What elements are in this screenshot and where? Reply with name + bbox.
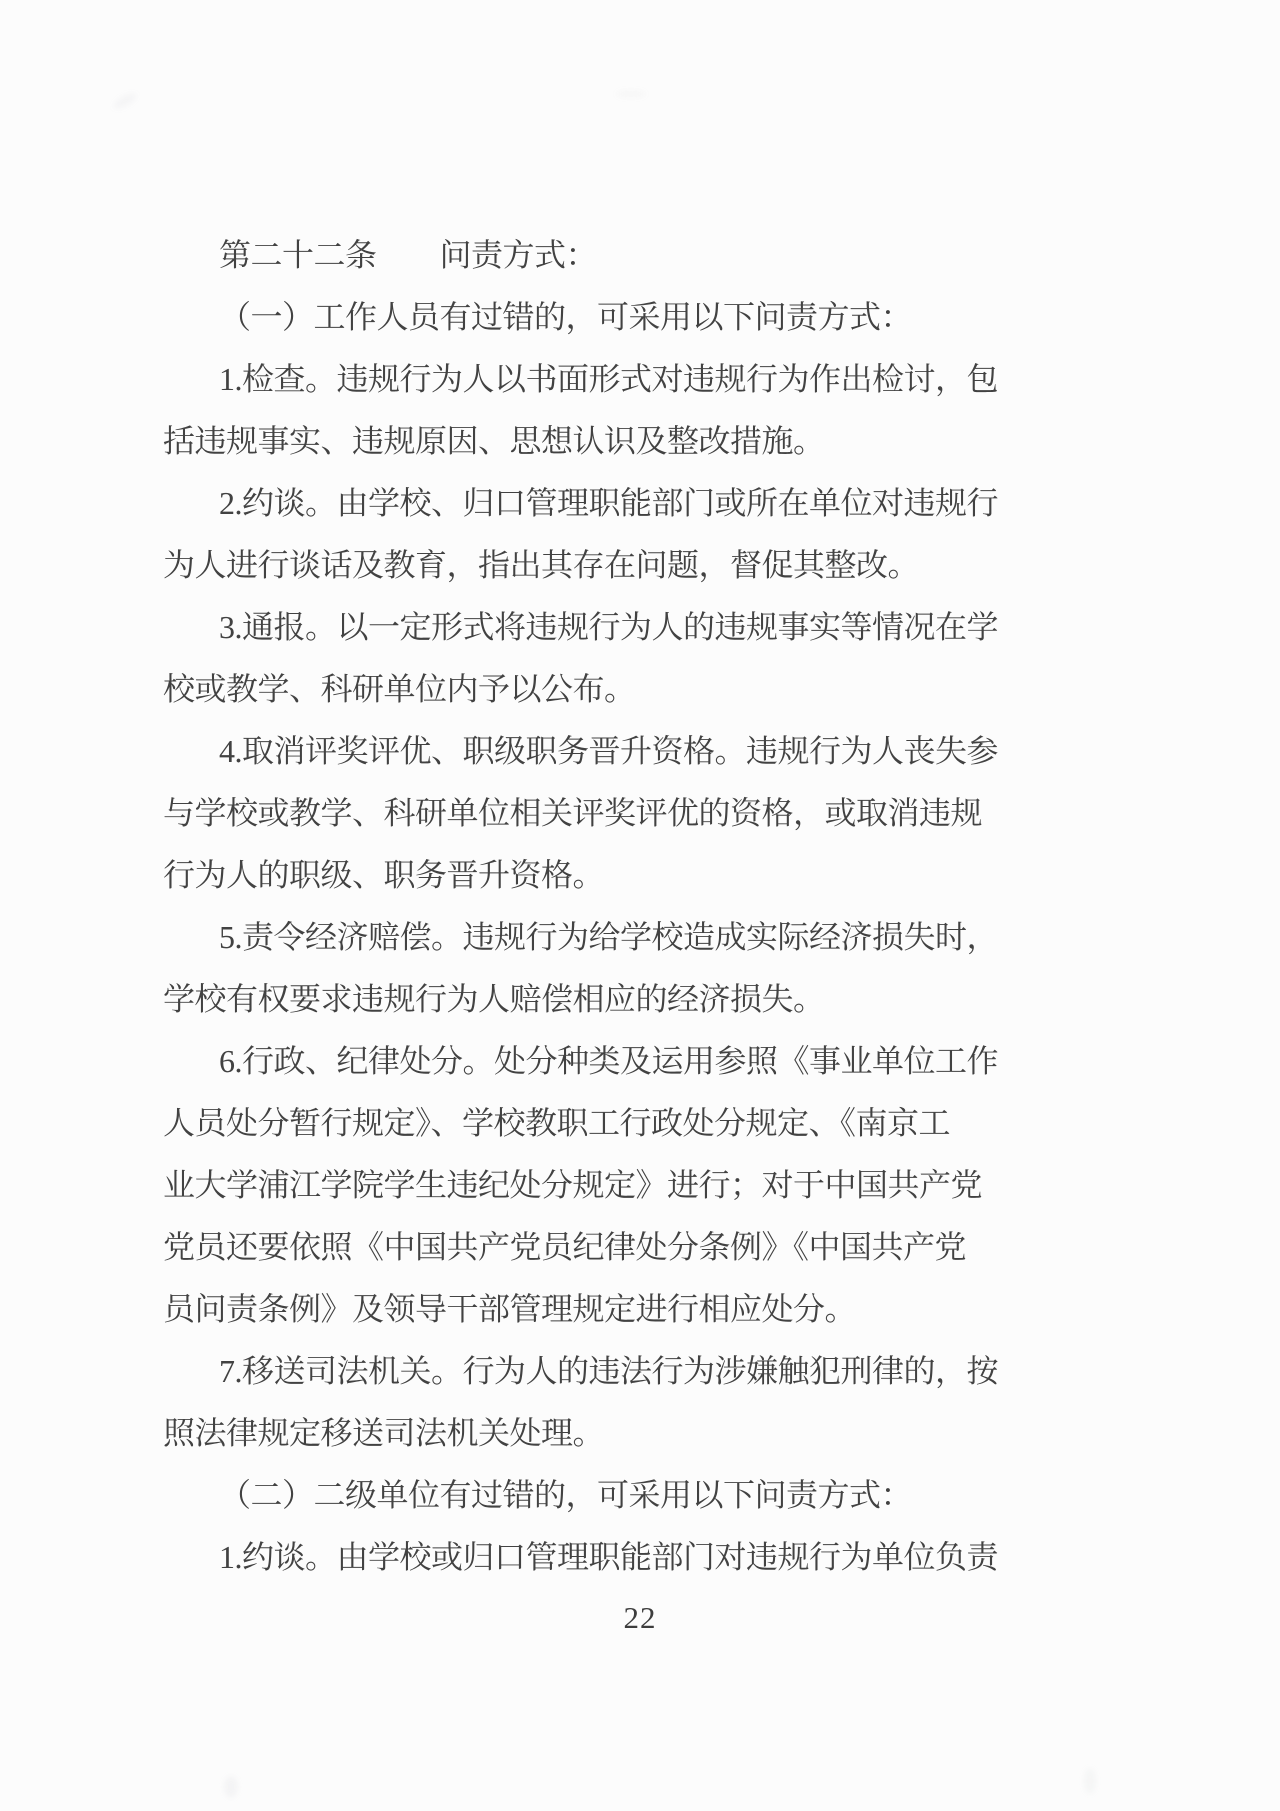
scan-smudge (616, 90, 646, 98)
text-line: 学校有权要求违规行为人赔偿相应的经济损失。 (163, 968, 987, 1030)
text-line: 2.约谈。由学校、归口管理职能部门或所在单位对违规行 (163, 472, 987, 534)
document-body: 第二十二条 问责方式：（一）工作人员有过错的，可采用以下问责方式：1.检查。违规… (163, 224, 987, 1588)
text-line: 括违规事实、违规原因、思想认识及整改措施。 (163, 410, 987, 472)
text-line: 照法律规定移送司法机关处理。 (163, 1402, 987, 1464)
document-page: 第二十二条 问责方式：（一）工作人员有过错的，可采用以下问责方式：1.检查。违规… (0, 0, 1280, 1811)
scan-smudge (224, 1776, 238, 1798)
scan-smudge (1084, 1768, 1096, 1794)
text-line: 为人进行谈话及教育，指出其存在问题，督促其整改。 (163, 534, 987, 596)
text-line: 校或教学、科研单位内予以公布。 (163, 658, 987, 720)
text-line: 行为人的职级、职务晋升资格。 (163, 844, 987, 906)
text-line: 员问责条例》及领导干部管理规定进行相应处分。 (163, 1278, 987, 1340)
text-line: （一）工作人员有过错的，可采用以下问责方式： (163, 286, 987, 348)
text-line: 7.移送司法机关。行为人的违法行为涉嫌触犯刑律的，按 (163, 1340, 987, 1402)
page-number: 22 (0, 1600, 1280, 1636)
text-line: 业大学浦江学院学生违纪处分规定》进行；对于中国共产党 (163, 1154, 987, 1216)
text-line: （二）二级单位有过错的，可采用以下问责方式： (163, 1464, 987, 1526)
text-line: 第二十二条 问责方式： (163, 224, 987, 286)
text-line: 1.检查。违规行为人以书面形式对违规行为作出检讨，包 (163, 348, 987, 410)
text-line: 6.行政、纪律处分。处分种类及运用参照《事业单位工作 (163, 1030, 987, 1092)
text-line: 3.通报。以一定形式将违规行为人的违规事实等情况在学 (163, 596, 987, 658)
scan-smudge (111, 90, 139, 112)
text-line: 1.约谈。由学校或归口管理职能部门对违规行为单位负责 (163, 1526, 987, 1588)
text-line: 5.责令经济赔偿。违规行为给学校造成实际经济损失时， (163, 906, 987, 968)
text-line: 党员还要依照《中国共产党员纪律处分条例》《中国共产党 (163, 1216, 987, 1278)
text-line: 与学校或教学、科研单位相关评奖评优的资格，或取消违规 (163, 782, 987, 844)
text-line: 4.取消评奖评优、职级职务晋升资格。违规行为人丧失参 (163, 720, 987, 782)
text-line: 人员处分暂行规定》、学校教职工行政处分规定、《南京工 (163, 1092, 987, 1154)
